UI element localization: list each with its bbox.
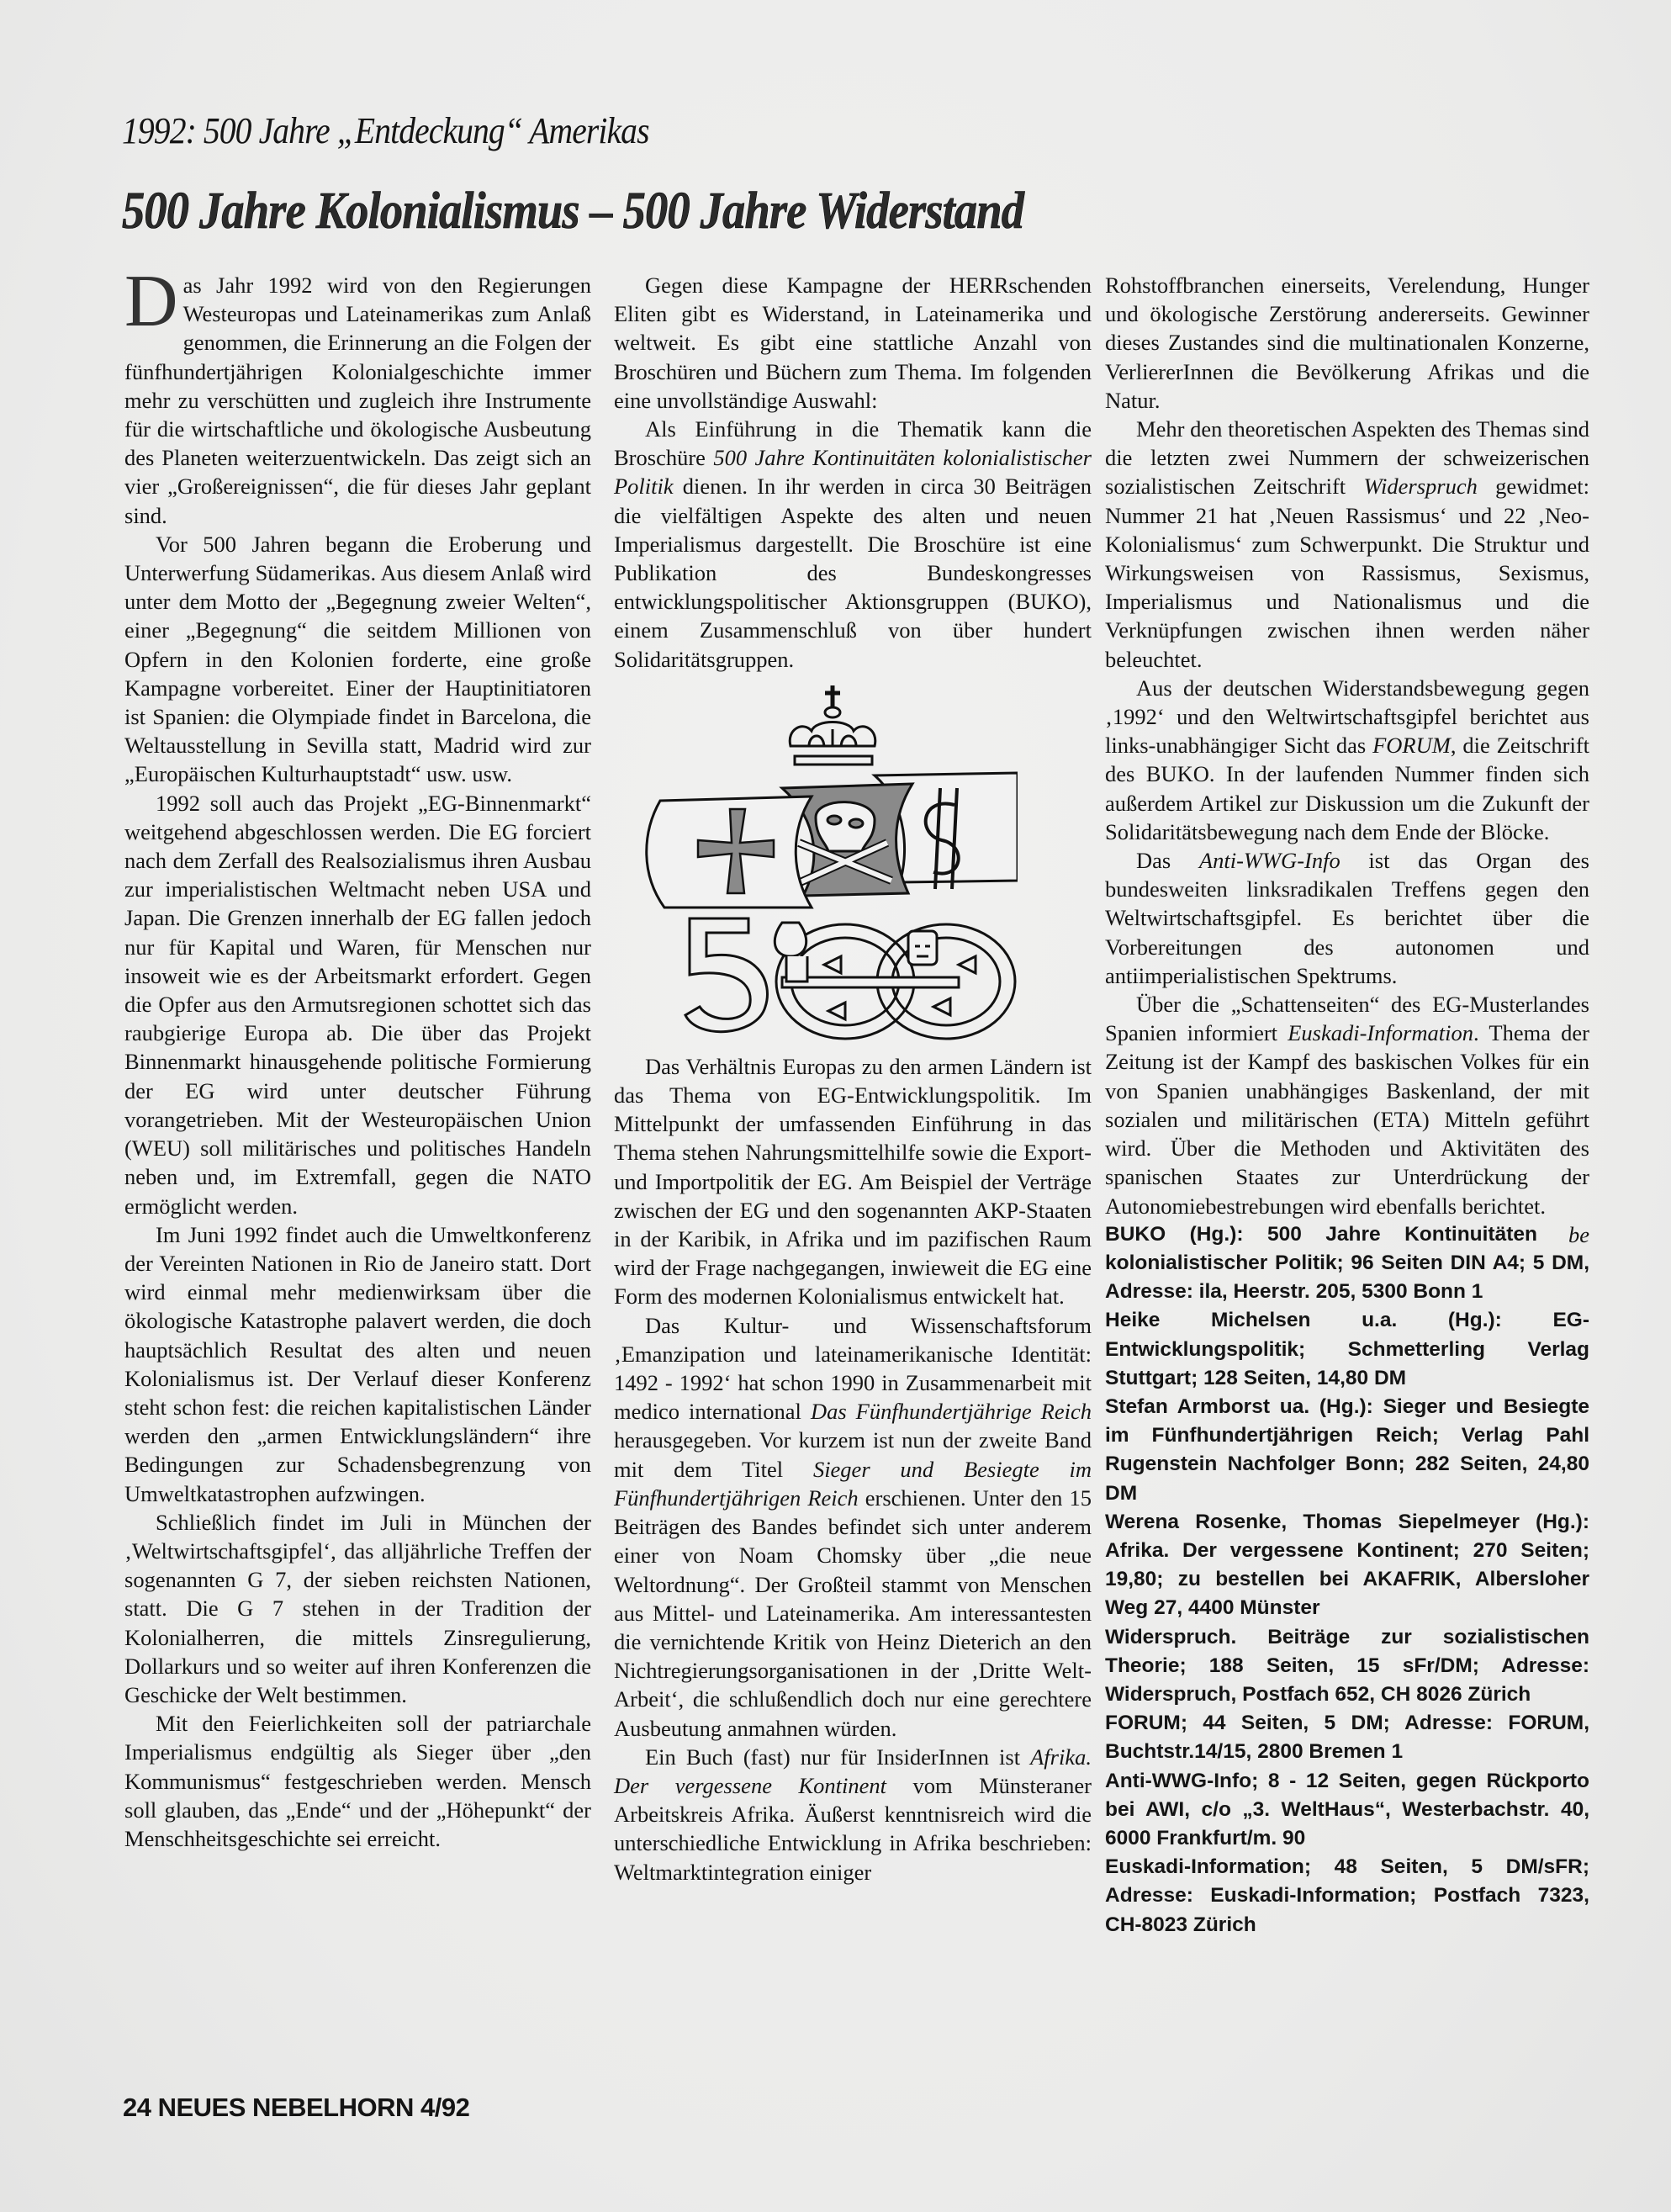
article-column-3: Rohstoffbranchen einerseits, Verelendung… — [1105, 271, 1589, 1939]
paragraph: Das Jahr 1992 wird von den Regierungen W… — [124, 271, 591, 530]
reference-item: Stefan Armborst ua. (Hg.): Sieger und Be… — [1105, 1393, 1589, 1508]
reference-item: Anti-WWG-Info; 8 - 12 Seiten, gegen Rück… — [1105, 1767, 1589, 1854]
reference-item: FORUM; 44 Seiten, 5 DM; Adresse: FORUM, … — [1105, 1709, 1589, 1766]
paragraph: Aus der deutschen Widerstandsbewegung ge… — [1105, 674, 1589, 846]
paragraph: Rohstoffbranchen einerseits, Verelendung… — [1105, 271, 1589, 415]
paragraph: Das Kultur- und Wissenschaftsforum ‚Eman… — [614, 1311, 1092, 1743]
paragraph: Das Anti-WWG-Info ist das Organ des bund… — [1105, 846, 1589, 990]
crown-icon — [790, 722, 875, 765]
500-years-illustration — [622, 679, 1018, 1040]
conquistador-figure — [775, 923, 807, 982]
publication-title: Widerspruch — [1363, 474, 1477, 499]
paragraph: Im Juni 1992 findet auch die Umweltkonfe… — [124, 1220, 591, 1508]
page-footer: 24 NEUES NEBELHORN 4/92 — [123, 2093, 469, 2123]
paragraph: Ein Buch (fast) nur für InsiderInnen ist… — [614, 1743, 1092, 1887]
publication-title: Anti-WWG-Info — [1199, 848, 1341, 873]
paragraph: Das Verhältnis Europas zu den armen Länd… — [614, 1052, 1092, 1311]
paragraph: Über die „Schattenseiten“ des EG-Musterl… — [1105, 990, 1589, 1220]
paragraph: 1992 soll auch das Projekt „EG-Binnenmar… — [124, 789, 591, 1220]
page-number: 24 — [123, 2093, 151, 2122]
publication-title: FORUM — [1372, 733, 1451, 758]
publication-title: Das Fünfhundertjährige Reich — [811, 1399, 1092, 1424]
article-column-1: Das Jahr 1992 wird von den Regierungen W… — [124, 271, 591, 1853]
cross-icon — [825, 685, 840, 717]
publication-title: Euskadi-Information — [1288, 1020, 1473, 1045]
number-500-graphic — [685, 918, 1015, 1039]
reference-item: Heike Michelsen u.a. (Hg.): EG-Entwicklu… — [1105, 1306, 1589, 1393]
reference-list: BUKO (Hg.): 500 Jahre Kontinuitäten kolo… — [1105, 1220, 1589, 1939]
indigenous-figure — [908, 931, 937, 965]
paragraph: Mit den Feierlichkeiten soll der patriar… — [124, 1709, 591, 1853]
author-signature: be — [1537, 1220, 1589, 1249]
paragraph: Vor 500 Jahren begann die Eroberung und … — [124, 530, 591, 789]
article-column-2: Gegen diese Kampagne der HERRschenden El… — [614, 271, 1092, 1887]
issue-number: 4/92 — [420, 2093, 469, 2122]
reference-item: Euskadi-Information; 48 Seiten, 5 DM/sFR… — [1105, 1853, 1589, 1939]
paragraph: Schließlich findet im Juli in München de… — [124, 1508, 591, 1709]
reference-item: Werena Rosenke, Thomas Siepelmeyer (Hg.)… — [1105, 1508, 1589, 1623]
article-title: 500 Jahre Kolonialismus – 500 Jahre Wide… — [122, 182, 1023, 241]
magazine-page: 1992: 500 Jahre „Entdeckung“ Amerikas 50… — [0, 0, 1671, 2212]
paragraph: Mehr den theoretischen Aspekten des Them… — [1105, 415, 1589, 674]
reference-item: Widerspruch. Beiträge zur sozialistische… — [1105, 1623, 1589, 1710]
paragraph: Gegen diese Kampagne der HERRschenden El… — [614, 271, 1092, 415]
drop-cap: D — [124, 273, 178, 331]
article-kicker: 1992: 500 Jahre „Entdeckung“ Amerikas — [122, 109, 649, 152]
publication-name: NEUES NEBELHORN — [158, 2093, 414, 2122]
reference-item: BUKO (Hg.): 500 Jahre Kontinuitäten kolo… — [1105, 1220, 1589, 1307]
paragraph: Als Einführung in die Thematik kann die … — [614, 415, 1092, 674]
